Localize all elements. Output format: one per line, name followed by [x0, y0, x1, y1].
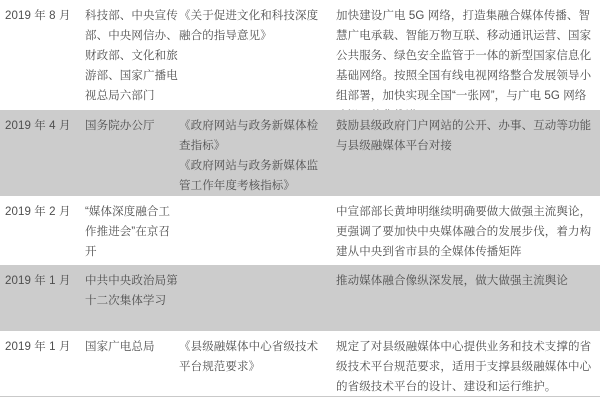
table-row: 2019 年 1 月 中共中央政治局第十二次集体学习 推动媒体融合像纵深发展，做… [0, 265, 600, 331]
table-row: 2019 年 1 月 国家广电总局 《县级融媒体中心省级技术平台规范要求》 规定… [0, 331, 600, 397]
document-cell: 《关于促进文化和科技深度融合的指导意见》 [179, 0, 336, 110]
description-cell: 加快建设广电 5G 网络，打造集融合媒体传播、智慧广电承载、智能万物互联、移动通… [336, 0, 600, 110]
org-cell: 国务院办公厅 [85, 110, 179, 196]
table-row: 2019 年 4 月 国务院办公厅 《政府网站与政务新媒体检查指标》 《政府网站… [0, 110, 600, 196]
description-cell: 鼓励县级政府门户网站的公开、办事、互动等功能与县级融媒体平台对接 [336, 110, 600, 196]
table-row: 2019 年 2 月 “媒体深度融合工作推进会”在京召开 中宣部部长黄坤明继续明… [0, 196, 600, 265]
document-cell [179, 196, 336, 265]
document-cell: 《县级融媒体中心省级技术平台规范要求》 [179, 331, 336, 396]
org-cell: 国家广电总局 [85, 331, 179, 396]
date-cell: 2019 年 1 月 [0, 265, 85, 331]
org-cell: “媒体深度融合工作推进会”在京召开 [85, 196, 179, 265]
document-cell: 《政府网站与政务新媒体检查指标》 《政府网站与政务新媒体监管工作年度考核指标》 [179, 110, 336, 196]
description-cell: 中宣部部长黄坤明继续明确要做大做强主流舆论，更强调了要加快中央媒体融合的发展步伐… [336, 196, 600, 265]
description-cell: 推动媒体融合像纵深发展，做大做强主流舆论 [336, 265, 600, 331]
date-cell: 2019 年 4 月 [0, 110, 85, 196]
media-policy-table: 2019 年 8 月 科技部、中央宣传部、中央网信办、财政部、文化和旅游部、国家… [0, 0, 600, 400]
org-cell: 科技部、中央宣传部、中央网信办、财政部、文化和旅游部、国家广播电视总局六部门 [85, 0, 179, 110]
date-cell: 2019 年 8 月 [0, 0, 85, 110]
table-row: 2019 年 8 月 科技部、中央宣传部、中央网信办、财政部、文化和旅游部、国家… [0, 0, 600, 110]
org-cell: 中共中央政治局第十二次集体学习 [85, 265, 179, 331]
document-cell [179, 265, 336, 331]
date-cell: 2019 年 2 月 [0, 196, 85, 265]
date-cell: 2019 年 1 月 [0, 331, 85, 396]
description-cell: 规定了对县级融媒体中心提供业务和技术支撑的省级技术平台规范要求，适用于支撑县级融… [336, 331, 600, 396]
